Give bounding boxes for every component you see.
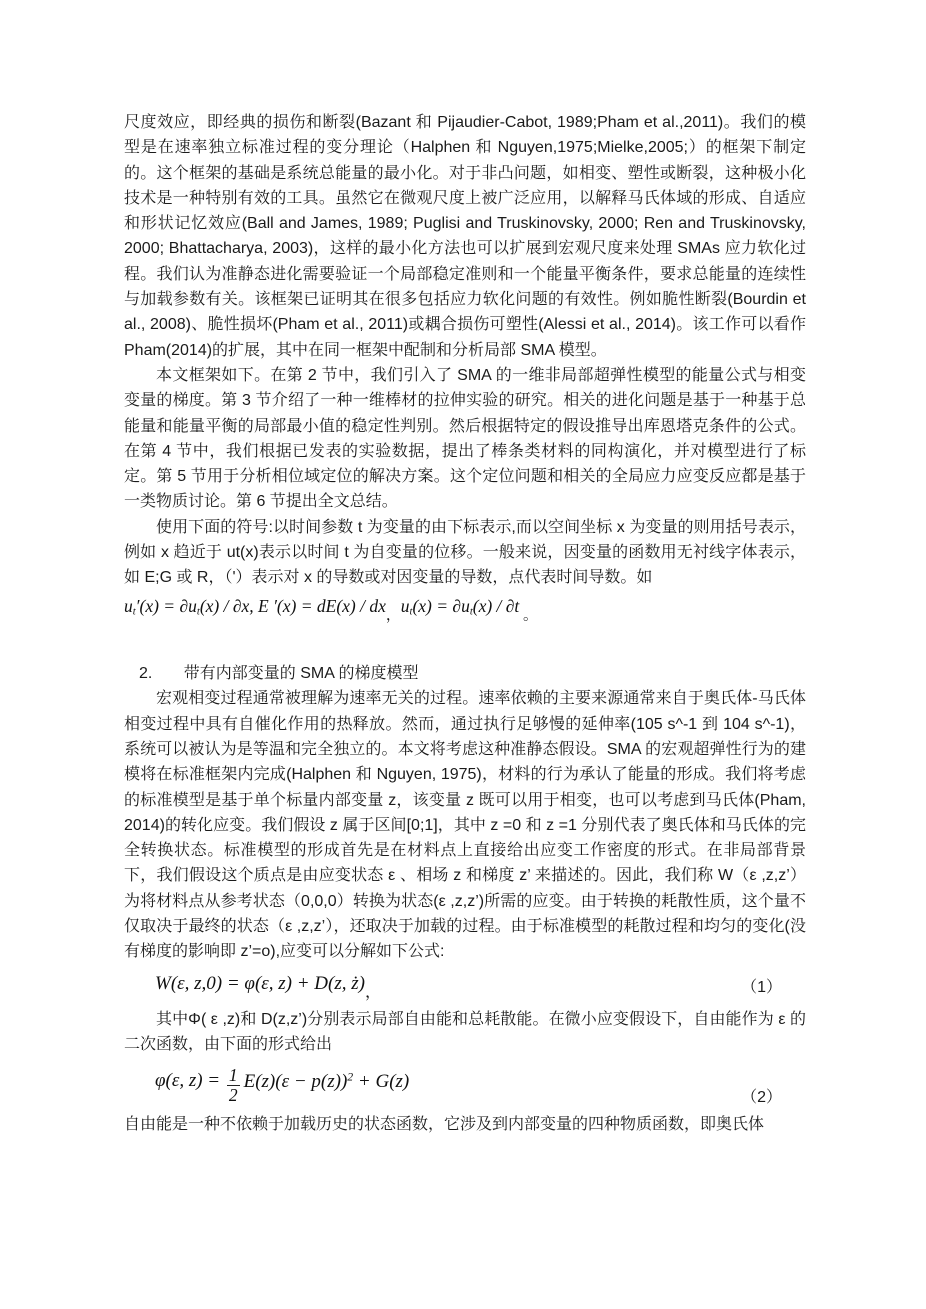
fraction-one-half: 12 xyxy=(227,1066,240,1105)
paragraph-free-energy-intro: 其中Φ( ε ,z)和 D(z,z’)分别表示局部自由能和总耗散能。在微小应变假… xyxy=(124,1007,806,1058)
equation-1: W(ε, z,0) = φ(ε, z) + D(z, ż)， （1） xyxy=(124,972,806,1003)
equation-2-formula: φ(ε, z) = 12E(z)(ε − p(z))2 + G(z) xyxy=(155,1066,409,1105)
equation-2: φ(ε, z) = 12E(z)(ε − p(z))2 + G(z) （2） xyxy=(124,1066,806,1105)
section-number: 2. xyxy=(139,661,152,686)
notation-formula: ut′(x) = ∂ut(x) / ∂x, E ′(x) = dE(x) / d… xyxy=(124,591,806,630)
equation-1-formula: W(ε, z,0) = φ(ε, z) + D(z, ż)， xyxy=(155,972,381,1003)
fraction-denominator: 2 xyxy=(227,1086,240,1105)
section-title: 带有内部变量的 SMA 的梯度模型 xyxy=(184,661,419,686)
paragraph-notation: 使用下面的符号:以时间参数 t 为变量的由下标表示,而以空间坐标 x 为变量的则… xyxy=(124,515,806,591)
equation-2-number: （2） xyxy=(741,1085,782,1110)
paragraph-intro-continuation: 尺度效应，即经典的损伤和断裂(Bazant 和 Pijaudier-Cabot,… xyxy=(124,110,806,363)
paragraph-outline: 本文框架如下。在第 2 节中，我们引入了 SMA 的一维非局部超弹性模型的能量公… xyxy=(124,363,806,515)
equation-2-lhs: φ(ε, z) = xyxy=(155,1071,225,1092)
paragraph-free-energy-continuation: 自由能是一种不依赖于加载历史的状态函数，它涉及到内部变量的四种物质函数，即奥氏体 xyxy=(124,1112,806,1137)
equation-1-number: （1） xyxy=(741,975,782,1000)
document-content: 尺度效应，即经典的损伤和断裂(Bazant 和 Pijaudier-Cabot,… xyxy=(124,110,806,1138)
section-heading: 2. 带有内部变量的 SMA 的梯度模型 xyxy=(124,661,806,686)
fraction-numerator: 1 xyxy=(227,1066,240,1086)
document-page: 尺度效应，即经典的损伤和断裂(Bazant 和 Pijaudier-Cabot,… xyxy=(0,0,926,1309)
paragraph-model-description: 宏观相变过程通常被理解为速率无关的过程。速率依赖的主要来源通常来自于奥氏体-马氏… xyxy=(124,686,806,964)
equation-2-rhs: E(z)(ε − p(z))2 + G(z) xyxy=(244,1071,410,1092)
